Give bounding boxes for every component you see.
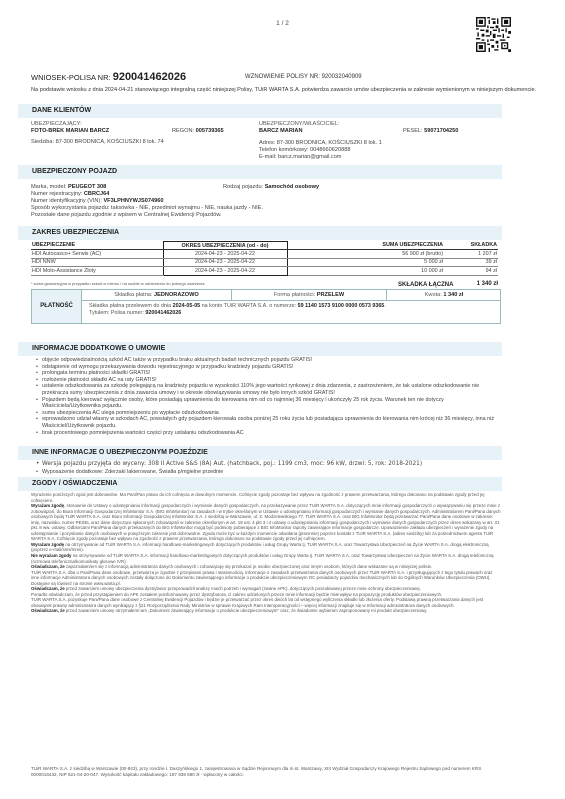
transfer-text: Składka płatna przelewem do dnia — [89, 303, 171, 309]
due-date: 2024-05-05 — [173, 303, 201, 309]
col-sum: SUMA UBEZPIECZENIA — [287, 242, 444, 250]
address-value: 87-300 BRODNICA, KOŚCIUSZKI 8 lok. 1 — [277, 140, 382, 146]
payment-mode-value: JEDNORAZOWO — [154, 292, 199, 298]
payment-label: PŁATNOŚĆ — [32, 290, 82, 323]
vehicle-other-data: Pozostałe dane pojazdu zgodnie z wpisem … — [31, 212, 222, 219]
coverage-premium: 94 zł — [444, 267, 498, 276]
col-insurance: UBEZPIECZENIE — [31, 242, 163, 250]
list-item: objęcie odpowiedzialnością szkód AC takż… — [36, 357, 501, 364]
consent-text: zapoznałam/em się z informacją administr… — [65, 564, 433, 569]
list-item: prolongata terminu płatności składki GRA… — [36, 370, 501, 377]
vehicle-usage: Sposób wykorzystania pojazdu: taksówka -… — [31, 205, 263, 212]
transfer-title-label: Tytułem: Polisa numer: — [89, 310, 144, 316]
policy-document-page: 1 / 2 WNIOSEK-POLISA NR: 920041462026 WZ… — [0, 0, 565, 799]
vehicle-registration: Numer rejestracyjny: CBRCJ64 — [31, 191, 109, 198]
list-item: Wersja pojazdu przyjęta do wyceny: 308 I… — [36, 461, 501, 469]
insured-phone: Telefon komórkowy: 0048660620888 — [259, 147, 350, 154]
consent-paragraph: Wyrażam zgodę na otrzymywanie od TUiR WA… — [31, 542, 501, 553]
coverage-period: 2024-04-23 - 2025-04-22 — [163, 267, 287, 276]
email-value[interactable]: barcz.marian@gmail.com — [278, 154, 342, 160]
type-label: Rodzaj pojazdu: — [223, 184, 263, 190]
vehicle-make: Marka, model: PEUGEOT 308 — [31, 184, 106, 191]
total-premium-value: 1 340 zł — [468, 281, 498, 287]
insured-email: E-mail: barcz.marian@gmail.com — [259, 154, 341, 161]
payment-form-value: PRZELEW — [317, 292, 344, 298]
type-value: Samochód osobowy — [265, 184, 319, 190]
other-vehicle-info-list: Wersja pojazdu przyjęta do wyceny: 308 I… — [36, 461, 501, 475]
bank-account-number: 59 1140 1573 9100 0000 0573 9365 — [298, 303, 385, 309]
consent-lead: Wyrażam zgodę — [31, 503, 64, 508]
coverage-period: 2024-04-23 - 2025-04-22 — [163, 250, 287, 259]
consent-text: , stosownie do Ustawy o udostępnianiu in… — [31, 503, 501, 541]
insurer-label: UBEZPIECZAJĄCY: — [31, 121, 82, 128]
section-consents-title: ZGODY / OŚWIADCZENIA — [18, 477, 502, 491]
consent-paragraph: Wyrażenie poniższych zgód jest dobrowoln… — [31, 492, 501, 503]
coverage-sum: 10 000 zł — [287, 267, 444, 276]
consent-text: przed zawarciem umowy otrzymałem/-am „Do… — [65, 608, 428, 613]
coverage-row: HDI Autocasco+ Serwis (AC) 2024-04-23 - … — [31, 250, 498, 259]
consent-lead: Wyrażam zgodę — [31, 542, 64, 547]
coverage-sum: 5 000 zł — [287, 258, 444, 267]
coverage-sum: 56 900 zł (brutto) — [287, 250, 444, 259]
vehicle-type: Rodzaj pojazdu: Samochód osobowy — [223, 184, 319, 191]
coverage-header-row: UBEZPIECZENIE OKRES UBEZPIECZENIA (od - … — [31, 242, 498, 250]
consent-lead: Oświadczam, że — [31, 564, 65, 569]
phone-value: 0048660620888 — [310, 147, 350, 153]
regon-value: 005739365 — [196, 128, 224, 134]
list-item: ustalenie odszkodowania za szkodę polega… — [36, 383, 501, 396]
policy-number-label: WNIOSEK-POLISA NR: — [31, 73, 111, 82]
phone-label: Telefon komórkowy: — [259, 147, 308, 153]
email-label: E-mail: — [259, 154, 276, 160]
seat-label: Siedziba: — [31, 139, 54, 145]
address-label: Adres: — [259, 140, 275, 146]
list-item: odstąpienie od wymogu przekazywania dowo… — [36, 364, 501, 371]
insured-address: Adres: 87-300 BRODNICA, KOŚCIUSZKI 8 lok… — [259, 140, 382, 147]
section-clients-title: DANE KLIENTÓW — [18, 104, 502, 118]
coverage-premium: 1 207 zł — [444, 250, 498, 259]
payment-transfer-details: Składka płatna przelewem do dnia 2024-05… — [89, 303, 386, 317]
consent-paragraph: Oświadczam, że przed zawarciem umowy otr… — [31, 608, 501, 614]
payment-box: PŁATNOŚĆ Składka płatna: JEDNORAZOWO For… — [31, 289, 501, 324]
consent-text: TUiR WARTA S.A. pozyskuje Pani/Pana dane… — [31, 597, 483, 608]
payment-amount: Kwota: 1 340 zł — [387, 290, 501, 301]
vehicle-vin: Numer identyfikacyjny (VIN): VF3LPHNYWJS… — [31, 198, 163, 205]
policy-number: 920041462026 — [113, 71, 186, 83]
reg-value: CBRCJ64 — [84, 191, 110, 197]
payment-mode-label: Składka płatna: — [114, 292, 152, 298]
consent-text: przed zawarciem umowy ubezpieczenia dyst… — [65, 586, 421, 591]
payment-amount-label: Kwota: — [425, 292, 442, 298]
coverage-footnote: * suma gwarancyjna w przypadku szkód w m… — [31, 281, 204, 286]
coverage-premium: 39 zł — [444, 258, 498, 267]
consent-paragraph: Nie wyrażam zgody na otrzymywanie od TUi… — [31, 553, 501, 564]
coverage-name: HDI Moto-Assistance Złoty — [31, 267, 163, 276]
coverage-name: HDI Autocasco+ Serwis (AC) — [31, 250, 163, 259]
consent-lead: Nie wyrażam zgody — [31, 553, 72, 558]
payment-amount-value: 1 340 zł — [443, 292, 463, 298]
regon-label: REGON: — [172, 128, 194, 134]
consent-text: Ponadto oświadczam, że przed przystąpien… — [31, 592, 442, 597]
coverage-name: HDI NNW — [31, 258, 163, 267]
coverage-row: HDI NNW 2024-04-23 - 2025-04-22 5 000 zł… — [31, 258, 498, 267]
list-item: rozłożenie płatności składki AC na raty … — [36, 377, 501, 384]
coverage-row: HDI Moto-Assistance Złoty 2024-04-23 - 2… — [31, 267, 498, 276]
section-vehicle-title: UBEZPIECZONY POJAZD — [18, 165, 502, 179]
section-additional-title: INFORMACJE DODATKOWE O UMOWIE — [18, 342, 502, 356]
vin-label: Numer identyfikacyjny (VIN): — [31, 198, 102, 204]
list-item: Wyposażenie dodatkowe: Zderzaki lakierow… — [36, 469, 501, 476]
transfer-title-value: 920041462026 — [145, 310, 181, 316]
coverage-table: UBEZPIECZENIE OKRES UBEZPIECZENIA (od - … — [31, 241, 498, 276]
list-item: brak procentowego pomniejszenia wartości… — [36, 430, 501, 437]
consent-lead: Oświadczam, że — [31, 586, 65, 591]
consent-paragraph: TUiR WARTA S.A. dba o Pani/Pana dane oso… — [31, 570, 501, 587]
vin-value: VF3LPHNYWJS074960 — [103, 198, 163, 204]
insurer-name: FOTO-BREK MARIAN BARCZ — [31, 128, 109, 135]
pesel-label: PESEL: — [403, 128, 423, 134]
make-label: Marka, model: — [31, 184, 66, 190]
regon-field: REGON: 005739365 — [172, 128, 224, 135]
consents-text: Wyrażenie poniższych zgód jest dobrowoln… — [31, 492, 501, 614]
additional-info-list: objęcie odpowiedzialnością szkód AC takż… — [36, 357, 501, 436]
payment-mode: Składka płatna: JEDNORAZOWO — [82, 290, 232, 301]
coverage-period: 2024-04-23 - 2025-04-22 — [163, 258, 287, 267]
list-item: suma ubezpieczenia AC ulega pomniejszeni… — [36, 410, 501, 417]
consent-text: na otrzymywanie od TUiR WARTA S.A. infor… — [31, 553, 494, 564]
renewal-label: WZNOWIENIE POLISY NR: — [245, 74, 320, 80]
transfer-text: na konto TUiR WARTA S.A. o numerze: — [202, 303, 296, 309]
pesel-field: PESEL: 59071704250 — [403, 128, 458, 135]
consent-paragraph: Wyrażam zgodę, stosownie do Ustawy o udo… — [31, 503, 501, 542]
section-coverage-title: ZAKRES UBEZPIECZENIA — [18, 226, 502, 240]
pesel-value: 59071704250 — [424, 128, 458, 134]
renewal-number: 920032040909 — [322, 74, 362, 80]
qr-code-icon — [476, 17, 511, 52]
make-value: PEUGEOT 308 — [68, 184, 106, 190]
consent-lead: Oświadczam, że — [31, 608, 65, 613]
consent-paragraph: TUiR WARTA S.A. pozyskuje Pani/Pana dane… — [31, 597, 501, 608]
consent-text: TUiR WARTA S.A. dba o Pani/Pana dane oso… — [31, 570, 492, 586]
insured-label: UBEZPIECZONY/WŁAŚCICIEL: — [259, 121, 340, 128]
consent-text: na otrzymywanie od TUiR WARTA S.A. infor… — [31, 542, 489, 553]
seat-value: 87-300 BRODNICA, KOŚCIUSZKI 8 lok. 74 — [56, 139, 164, 145]
payment-form-label: Forma płatności: — [274, 292, 315, 298]
col-period: OKRES UBEZPIECZENIA (od - do) — [163, 242, 287, 250]
list-item: wprowadzono udział własny w szkodach AC,… — [36, 416, 501, 429]
payment-form: Forma płatności: PRZELEW — [232, 290, 387, 301]
list-item: Pojazdem będą kierować wyłącznie osoby, … — [36, 397, 501, 410]
section-other-vehicle-title: INNE INFORMACJE O UBEZPIECZONYM POJEŹDZI… — [18, 446, 502, 460]
intro-text: Na podstawie wniosku z dnia 2024-04-21 s… — [31, 87, 541, 94]
consent-text: Wyrażenie poniższych zgód jest dobrowoln… — [31, 492, 484, 503]
reg-label: Numer rejestracyjny: — [31, 191, 82, 197]
renewal-policy: WZNOWIENIE POLISY NR: 920032040909 — [245, 74, 362, 80]
company-footer: TUiR WARTA S.A. z siedzibą w Warszawie (… — [31, 766, 501, 778]
insurer-seat: Siedziba: 87-300 BRODNICA, KOŚCIUSZKI 8 … — [31, 139, 164, 146]
col-premium: SKŁADKA — [444, 242, 498, 250]
insured-name: BARCZ MARIAN — [259, 128, 303, 135]
payment-summary-row: Składka płatna: JEDNORAZOWO Forma płatno… — [82, 290, 500, 301]
total-premium-label: SKŁADKA ŁĄCZNA — [398, 282, 453, 288]
